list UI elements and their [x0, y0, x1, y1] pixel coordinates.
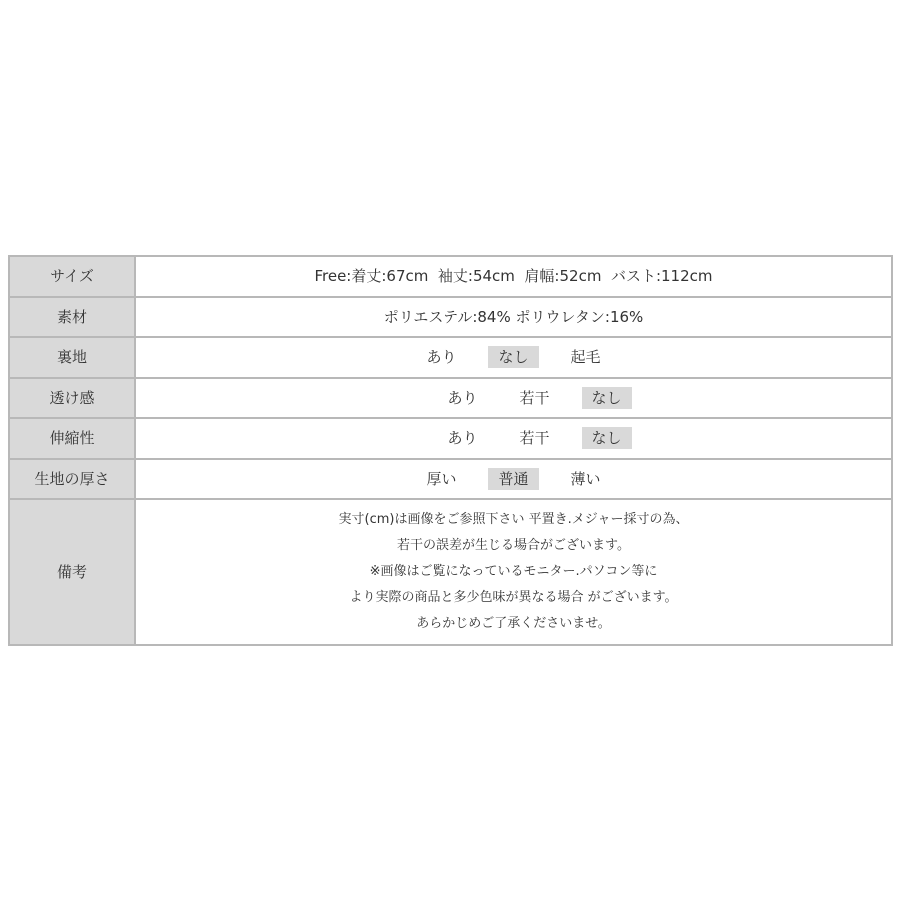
- thickness-label: 生地の厚さ: [9, 459, 135, 500]
- row-lining: 裏地 あり なし 起毛: [9, 337, 892, 378]
- thickness-option-usui: 薄い: [561, 468, 611, 490]
- row-size: サイズ Free:着丈:67cm 袖丈:54cm 肩幅:52cm バスト:112…: [9, 256, 892, 297]
- product-spec-table: サイズ Free:着丈:67cm 袖丈:54cm 肩幅:52cm バスト:112…: [8, 255, 893, 646]
- notes-value: 実寸(cm)は画像をご参照下さい 平置き.メジャー採寸の為、 若干の誤差が生じる…: [135, 499, 892, 645]
- material-value: ポリエステル:84% ポリウレタン:16%: [135, 297, 892, 338]
- sheerness-options: あり 若干 なし: [135, 378, 892, 419]
- stretch-option-nashi-selected: なし: [582, 427, 632, 449]
- lining-options: あり なし 起毛: [135, 337, 892, 378]
- size-value: Free:着丈:67cm 袖丈:54cm 肩幅:52cm バスト:112cm: [135, 256, 892, 297]
- stretch-option-jakkan: 若干: [509, 427, 559, 449]
- thickness-option-futsuu-selected: 普通: [488, 468, 538, 490]
- notes-line-5: あらかじめご了承くださいませ。: [136, 611, 891, 637]
- size-label: サイズ: [9, 256, 135, 297]
- notes-line-1: 実寸(cm)は画像をご参照下さい 平置き.メジャー採寸の為、: [136, 507, 891, 533]
- lining-label: 裏地: [9, 337, 135, 378]
- lining-option-nashi-selected: なし: [488, 346, 538, 368]
- thickness-option-atsui: 厚い: [416, 468, 466, 490]
- row-notes: 備考 実寸(cm)は画像をご参照下さい 平置き.メジャー採寸の為、 若干の誤差が…: [9, 499, 892, 645]
- sheerness-option-ari: あり: [437, 387, 487, 409]
- notes-line-3: ※画像はご覧になっているモニター.パソコン等に: [136, 559, 891, 585]
- stretch-options: あり 若干 なし: [135, 418, 892, 459]
- thickness-options: 厚い 普通 薄い: [135, 459, 892, 500]
- notes-line-4: より実際の商品と多少色味が異なる場合 がございます。: [136, 585, 891, 611]
- sheerness-option-jakkan: 若干: [509, 387, 559, 409]
- sheerness-label: 透け感: [9, 378, 135, 419]
- material-label: 素材: [9, 297, 135, 338]
- row-material: 素材 ポリエステル:84% ポリウレタン:16%: [9, 297, 892, 338]
- stretch-label: 伸縮性: [9, 418, 135, 459]
- notes-line-2: 若干の誤差が生じる場合がございます。: [136, 533, 891, 559]
- sheerness-option-nashi-selected: なし: [582, 387, 632, 409]
- row-thickness: 生地の厚さ 厚い 普通 薄い: [9, 459, 892, 500]
- notes-label: 備考: [9, 499, 135, 645]
- lining-option-kimou: 起毛: [561, 346, 611, 368]
- lining-option-ari: あり: [416, 346, 466, 368]
- stretch-option-ari: あり: [437, 427, 487, 449]
- row-sheerness: 透け感 あり 若干 なし: [9, 378, 892, 419]
- row-stretch: 伸縮性 あり 若干 なし: [9, 418, 892, 459]
